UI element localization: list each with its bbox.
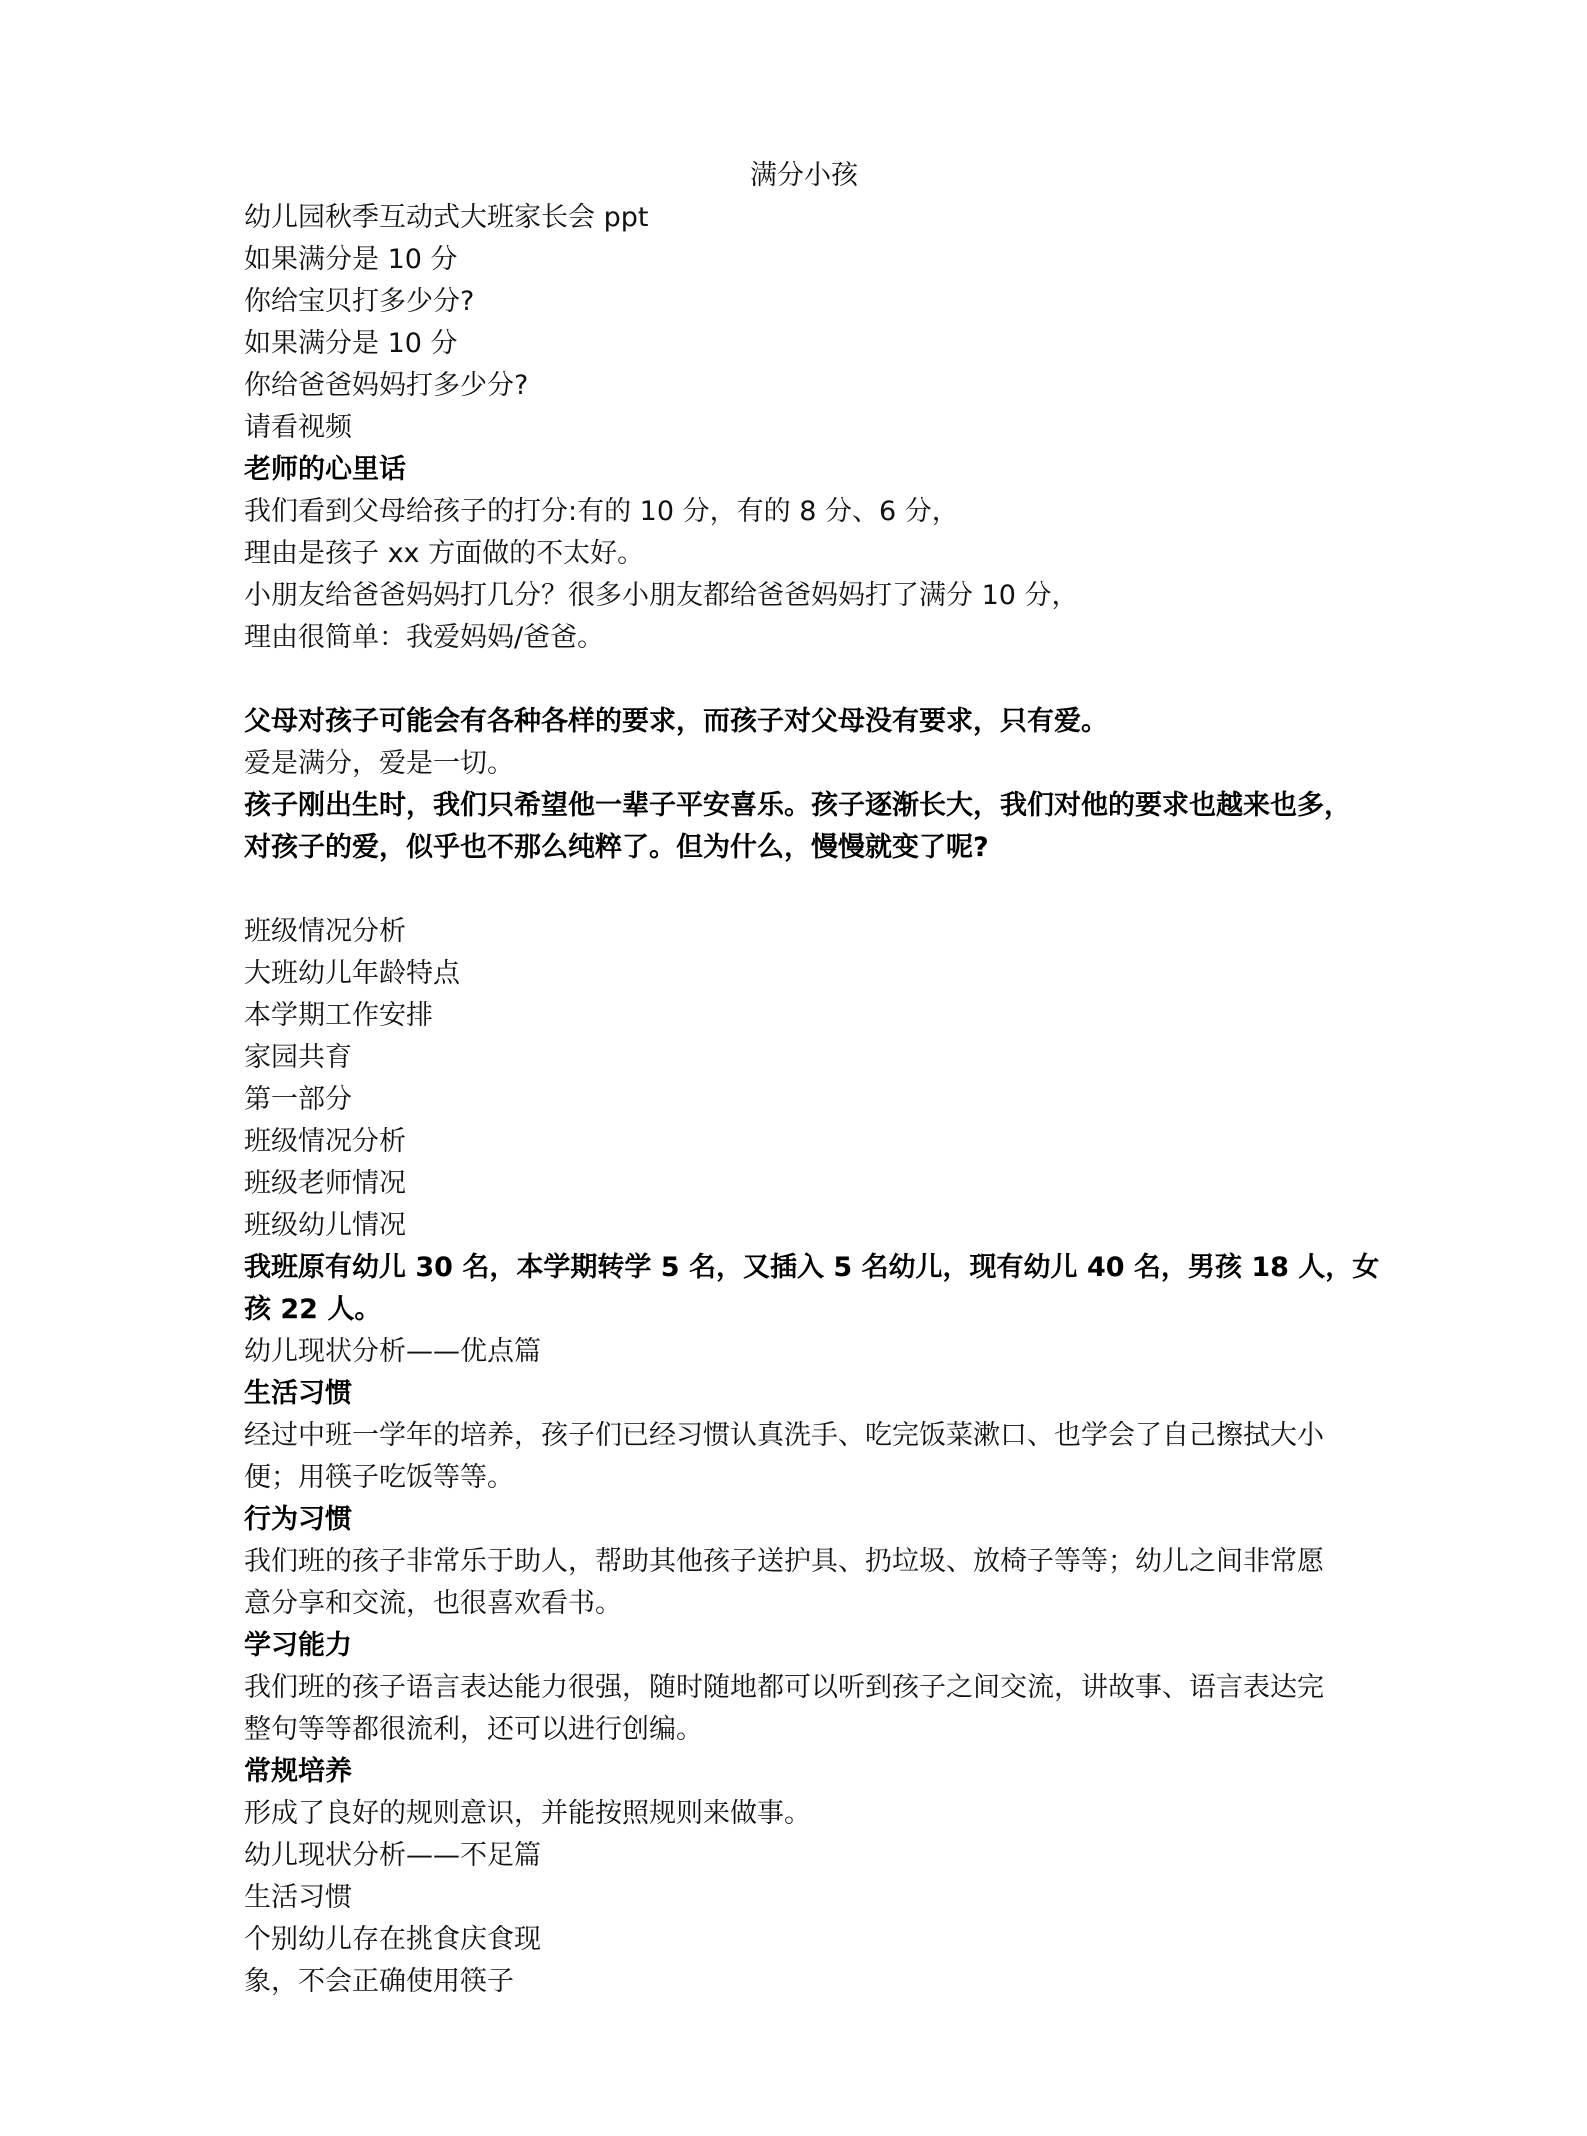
question-line: 你给宝贝打多少分? bbox=[244, 281, 1364, 323]
text-line: 爱是满分，爱是一切。 bbox=[244, 743, 1364, 785]
text-line: 理由是孩子 xx 方面做的不太好。 bbox=[244, 533, 1364, 575]
class-stats-line: 孩 22 人。 bbox=[244, 1289, 1364, 1331]
text-line: 经过中班一学年的培养，孩子们已经习惯认真洗手、吃完饭菜漱口、也学会了自己擦拭大小 bbox=[244, 1415, 1364, 1457]
subsection-heading: 班级老师情况 bbox=[244, 1163, 1364, 1205]
text-line: 意分享和交流，也很喜欢看书。 bbox=[244, 1583, 1364, 1625]
analysis-heading: 幼儿现状分析——不足篇 bbox=[244, 1835, 1364, 1877]
part-heading: 第一部分 bbox=[244, 1079, 1364, 1121]
category-heading: 常规培养 bbox=[244, 1751, 1364, 1793]
text-line: 理由很简单：我爱妈妈/爸爸。 bbox=[244, 617, 1364, 659]
text-line: 便；用筷子吃饭等等。 bbox=[244, 1457, 1364, 1499]
question-line: 如果满分是 10 分 bbox=[244, 239, 1364, 281]
category-heading: 学习能力 bbox=[244, 1625, 1364, 1667]
text-line: 整句等等都很流利，还可以进行创编。 bbox=[244, 1709, 1364, 1751]
text-line: 请看视频 bbox=[244, 407, 1364, 449]
section-heading: 老师的心里话 bbox=[244, 449, 1364, 491]
category-heading: 生活习惯 bbox=[244, 1877, 1364, 1919]
emphasis-line: 对孩子的爱，似乎也不那么纯粹了。但为什么，慢慢就变了呢? bbox=[244, 827, 1364, 869]
agenda-item: 本学期工作安排 bbox=[244, 995, 1364, 1037]
subsection-heading: 班级情况分析 bbox=[244, 1121, 1364, 1163]
category-heading: 行为习惯 bbox=[244, 1499, 1364, 1541]
question-line: 如果满分是 10 分 bbox=[244, 323, 1364, 365]
text-line: 个别幼儿存在挑食庆食现 bbox=[244, 1919, 1364, 1961]
blank-line bbox=[244, 659, 1364, 701]
subtitle-line: 幼儿园秋季互动式大班家长会 ppt bbox=[244, 197, 1364, 239]
text-line: 我们看到父母给孩子的打分:有的 10 分，有的 8 分、6 分， bbox=[244, 491, 1364, 533]
category-heading: 生活习惯 bbox=[244, 1373, 1364, 1415]
text-line: 我们班的孩子语言表达能力很强，随时随地都可以听到孩子之间交流，讲故事、语言表达完 bbox=[244, 1667, 1364, 1709]
agenda-item: 班级情况分析 bbox=[244, 911, 1364, 953]
question-line: 你给爸爸妈妈打多少分? bbox=[244, 365, 1364, 407]
subsection-heading: 班级幼儿情况 bbox=[244, 1205, 1364, 1247]
agenda-item: 大班幼儿年龄特点 bbox=[244, 953, 1364, 995]
document-title: 满分小孩 bbox=[244, 155, 1364, 197]
blank-line bbox=[244, 869, 1364, 911]
text-line: 形成了良好的规则意识，并能按照规则来做事。 bbox=[244, 1793, 1364, 1835]
agenda-item: 家园共育 bbox=[244, 1037, 1364, 1079]
emphasis-line: 孩子刚出生时，我们只希望他一辈子平安喜乐。孩子逐渐长大，我们对他的要求也越来也多… bbox=[244, 785, 1364, 827]
analysis-heading: 幼儿现状分析——优点篇 bbox=[244, 1331, 1364, 1373]
document-page: 满分小孩 幼儿园秋季互动式大班家长会 ppt 如果满分是 10 分 你给宝贝打多… bbox=[244, 155, 1364, 2003]
emphasis-line: 父母对孩子可能会有各种各样的要求，而孩子对父母没有要求，只有爱。 bbox=[244, 701, 1364, 743]
class-stats-line: 我班原有幼儿 30 名，本学期转学 5 名，又插入 5 名幼儿，现有幼儿 40 … bbox=[244, 1247, 1364, 1289]
text-line: 小朋友给爸爸妈妈打几分？很多小朋友都给爸爸妈妈打了满分 10 分， bbox=[244, 575, 1364, 617]
text-line: 象，不会正确使用筷子 bbox=[244, 1961, 1364, 2003]
text-line: 我们班的孩子非常乐于助人，帮助其他孩子送护具、扔垃圾、放椅子等等；幼儿之间非常愿 bbox=[244, 1541, 1364, 1583]
